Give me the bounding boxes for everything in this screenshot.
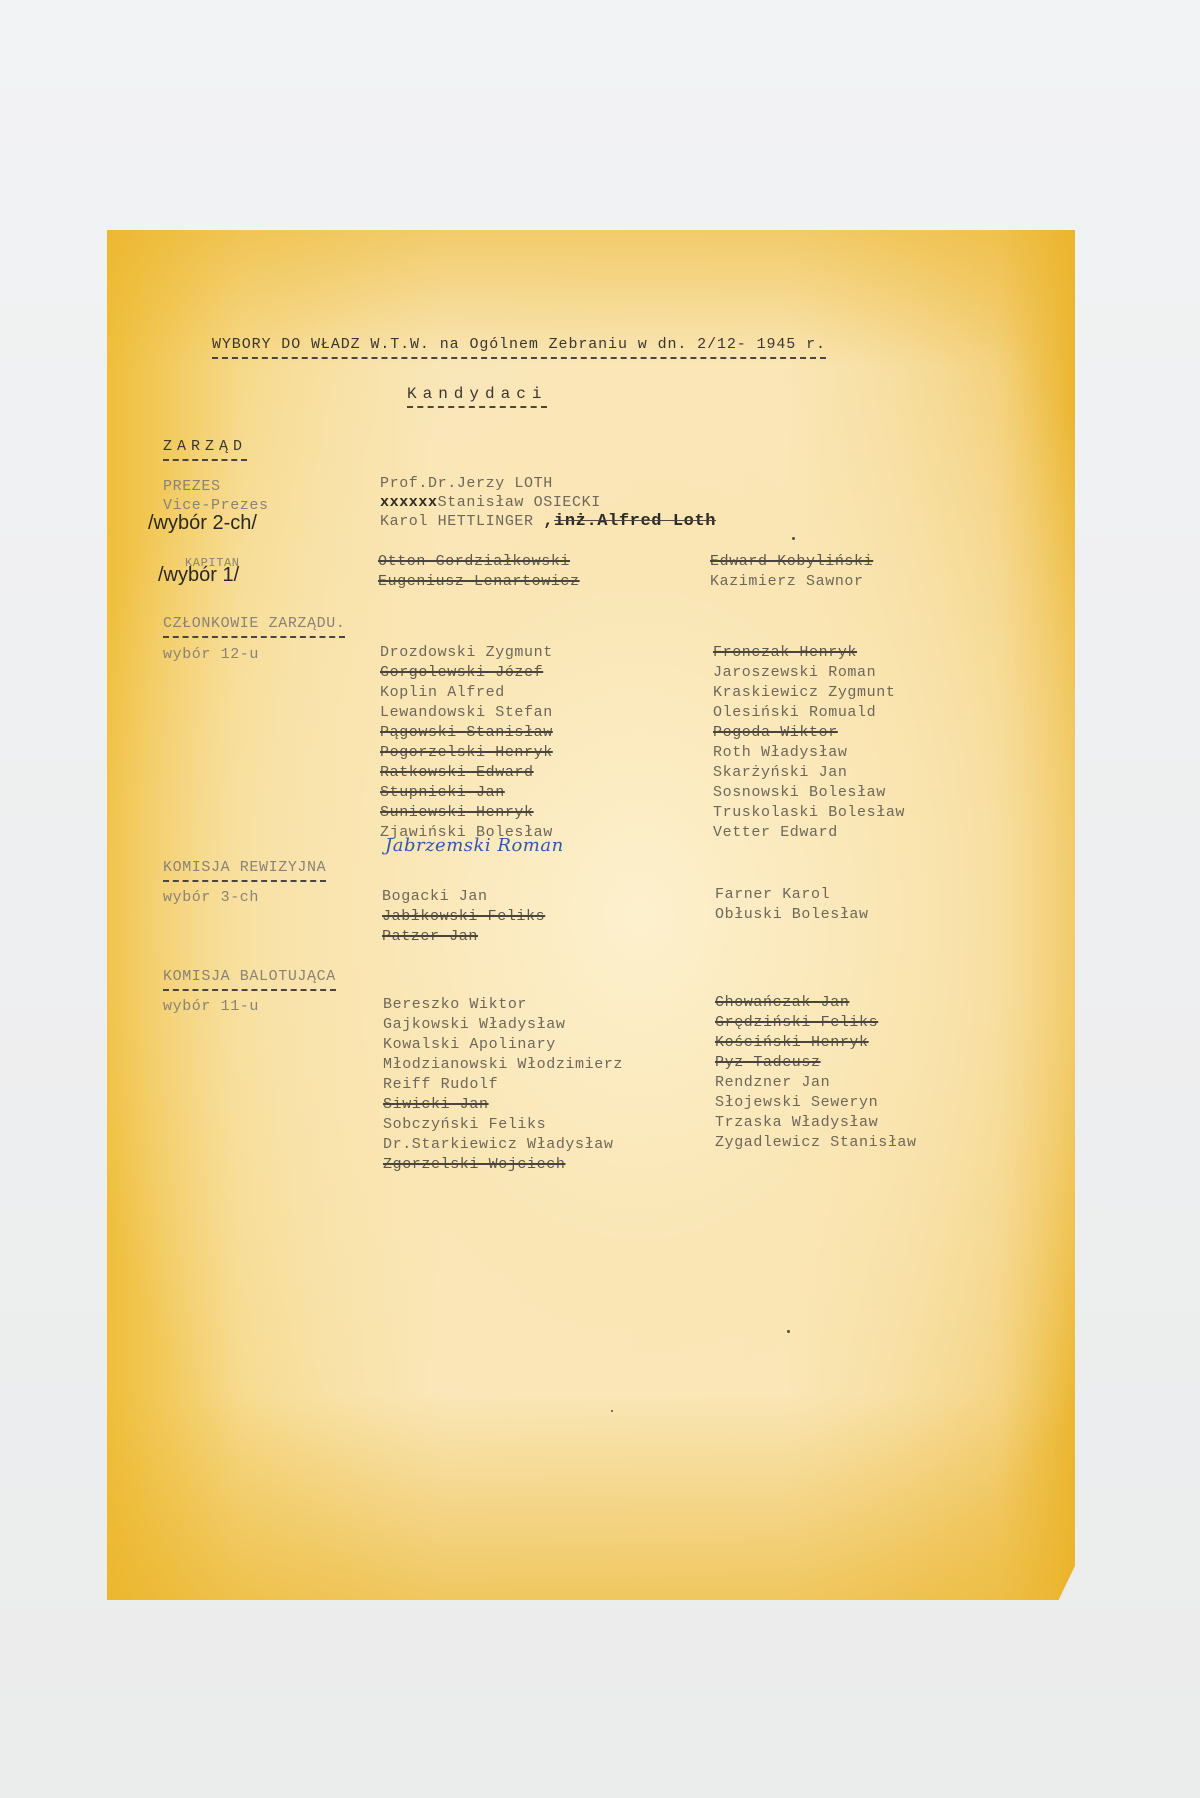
vice-prezes-1: xxxxxxStanisław OSIECKI	[380, 493, 601, 513]
candidate-name-struck: Stupnicki Jan	[380, 783, 553, 803]
candidate-name-struck: Jabłkowski Feliks	[382, 907, 545, 927]
candidate-name: Kraskiewicz Zygmunt	[713, 683, 905, 703]
candidate-name: Drozdowski Zygmunt	[380, 643, 553, 663]
handwritten-note-kapitan: /wybór 1/	[158, 565, 239, 585]
candidate-name: Rendzner Jan	[715, 1073, 917, 1093]
paper-speck	[611, 1410, 613, 1412]
balotujaca-col1: Bereszko WiktorGajkowski WładysławKowals…	[383, 995, 623, 1175]
candidate-name: Słojewski Seweryn	[715, 1093, 917, 1113]
note-balotujaca: wybór 11-u	[163, 997, 259, 1017]
candidate-name-struck: Patzer Jan	[382, 927, 545, 947]
candidate-name-struck: Zgorzelski Wojciech	[383, 1155, 623, 1175]
candidate-name-struck: Chowańczak Jan	[715, 993, 917, 1013]
candidate-name-struck: Pogoda Wiktor	[713, 723, 905, 743]
candidate-name-struck: Grędziński Feliks	[715, 1013, 917, 1033]
kapitan-col2: Edward KobylińskiKazimierz Sawnor	[710, 552, 873, 592]
czlonkowie-col1: Drozdowski ZygmuntGorgolewski JózefKopli…	[380, 643, 553, 843]
candidate-name-struck: Siwicki Jan	[383, 1095, 623, 1115]
paper-speck	[787, 1330, 790, 1333]
candidate-name: Truskolaski Bolesław	[713, 803, 905, 823]
candidate-name: Młodzianowski Włodzimierz	[383, 1055, 623, 1075]
candidate-name: Zygadlewicz Stanisław	[715, 1133, 917, 1153]
vice-prezes-2-name: Karol HETTLINGER	[380, 513, 534, 530]
candidate-name-struck: Gorgolewski Józef	[380, 663, 553, 683]
candidate-name: Dr.Starkiewicz Władysław	[383, 1135, 623, 1155]
candidate-name-struck: Pogorzelski Henryk	[380, 743, 553, 763]
section-heading-rewizyjna: KOMISJA REWIZYJNA	[163, 858, 326, 882]
candidate-name-struck: Fronczak Henryk	[713, 643, 905, 663]
candidate-name-struck: Eugeniusz Lenartowicz	[378, 572, 580, 592]
candidate-name-struck: Kościński Henryk	[715, 1033, 917, 1053]
candidate-name: Sobczyński Feliks	[383, 1115, 623, 1135]
rewizyjna-col1: Bogacki JanJabłkowski FeliksPatzer Jan	[382, 887, 545, 947]
candidate-name-struck: Pągowski Stanisław	[380, 723, 553, 743]
candidate-name: Trzaska Władysław	[715, 1113, 917, 1133]
candidate-name-struck: Pyz Tadeusz	[715, 1053, 917, 1073]
candidate-name: Roth Władysław	[713, 743, 905, 763]
candidate-name: Lewandowski Stefan	[380, 703, 553, 723]
candidate-name: Gajkowski Władysław	[383, 1015, 623, 1035]
candidate-name-struck: Otton Gordziałkowski	[378, 552, 580, 572]
candidate-name: Koplin Alfred	[380, 683, 553, 703]
candidate-name: Kazimierz Sawnor	[710, 572, 873, 592]
candidate-name-struck: Edward Kobyliński	[710, 552, 873, 572]
handwritten-note-vice: /wybór 2-ch/	[148, 513, 257, 533]
czlonkowie-col2: Fronczak HenrykJaroszewski RomanKraskiew…	[713, 643, 905, 843]
handwritten-candidate: Jabrzemski Roman	[385, 836, 564, 856]
candidate-name: Bereszko Wiktor	[383, 995, 623, 1015]
candidate-name: Farner Karol	[715, 885, 869, 905]
vice-prezes-added: inż.Alfred Loth	[554, 512, 716, 531]
candidate-name: Kowalski Apolinary	[383, 1035, 623, 1055]
vice-prezes-2: Karol HETTLINGER ,inż.Alfred Loth	[380, 512, 716, 532]
note-rewizyjna: wybór 3-ch	[163, 888, 259, 908]
document-paper	[107, 230, 1075, 1600]
candidate-name: Bogacki Jan	[382, 887, 545, 907]
candidate-name: Skarżyński Jan	[713, 763, 905, 783]
candidate-name: Reiff Rudolf	[383, 1075, 623, 1095]
rewizyjna-col2: Farner KarolObłuski Bolesław	[715, 885, 869, 925]
section-heading-czlonkowie: CZŁONKOWIE ZARZĄDU.	[163, 614, 345, 638]
comma: ,	[543, 512, 554, 531]
document-subtitle: Kandydaci	[407, 384, 547, 408]
balotujaca-col2: Chowańczak JanGrędziński FeliksKościński…	[715, 993, 917, 1153]
vice-prezes-1-name: Stanisław OSIECKI	[438, 494, 601, 511]
candidate-name: Olesiński Romuald	[713, 703, 905, 723]
section-heading-zarzad: ZARZĄD	[163, 437, 247, 461]
candidate-name: Sosnowski Bolesław	[713, 783, 905, 803]
candidate-name: Obłuski Bolesław	[715, 905, 869, 925]
overtyped-x: xxxxxx	[380, 494, 438, 511]
paper-speck	[792, 537, 795, 540]
candidate-name: Jaroszewski Roman	[713, 663, 905, 683]
candidate-name: Vetter Edward	[713, 823, 905, 843]
prezes-name: Prof.Dr.Jerzy LOTH	[380, 474, 553, 494]
note-czlonkowie: wybór 12-u	[163, 645, 259, 665]
section-heading-balotujaca: KOMISJA BALOTUJĄCA	[163, 967, 336, 991]
candidate-name-struck: Suniewski Henryk	[380, 803, 553, 823]
kapitan-col1: Otton GordziałkowskiEugeniusz Lenartowic…	[378, 552, 580, 592]
label-prezes: PREZES	[163, 477, 221, 497]
document-title: WYBORY DO WŁADZ W.T.W. na Ogólnem Zebran…	[212, 335, 826, 359]
candidate-name-struck: Ratkowski Edward	[380, 763, 553, 783]
